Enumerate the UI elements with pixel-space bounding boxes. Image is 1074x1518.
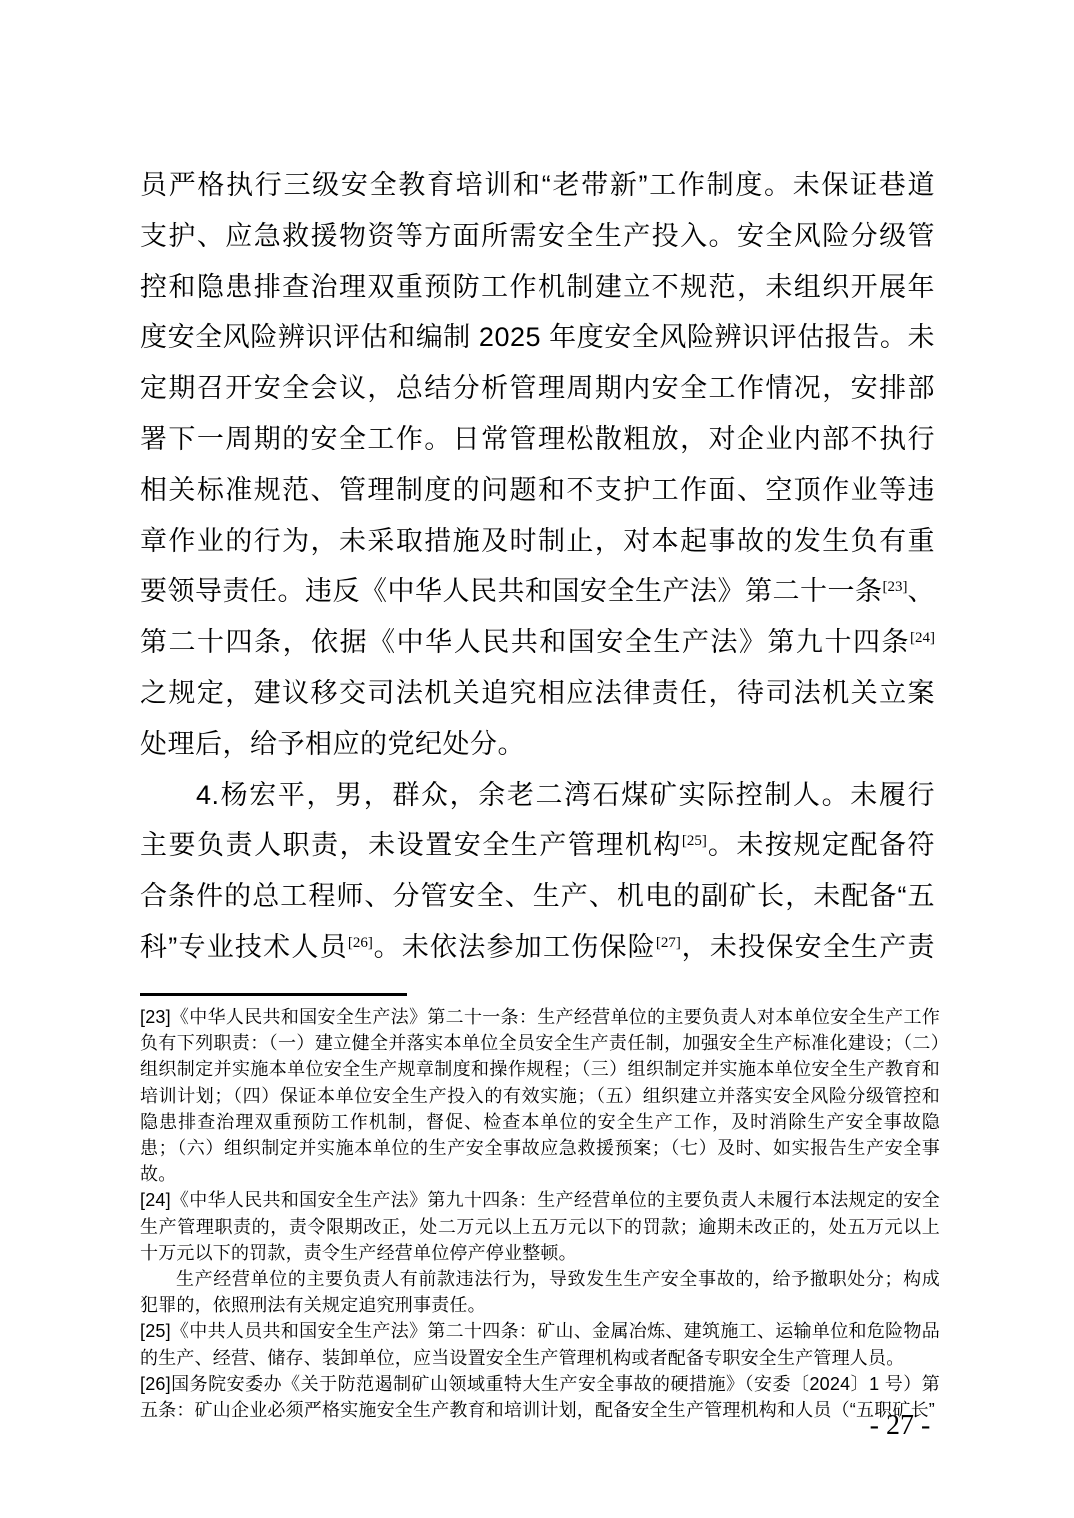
body-text-segment: 定期召开安全会议，总结分析管理周期内安全工作情况，安排部 [140,373,935,403]
body-text-segment: 处理后，给予相应的党纪处分。 [140,729,525,759]
body-line: 要领导责任。违反《中华人民共和国安全生产法》第二十一条[23]、 [140,566,935,617]
body-line: 之规定，建议移交司法机关追究相应法律责任，待司法机关立案 [140,668,935,719]
body-text-segment: 、 [908,576,936,606]
body-line: 章作业的行为，未采取措施及时制止，对本起事故的发生负有重 [140,516,935,567]
body-line: 控和隐患排查治理双重预防工作机制建立不规范，未组织开展年 [140,262,935,313]
body-line: 第二十四条，依据《中华人民共和国安全生产法》第九十四条[24] [140,617,935,668]
body-line: 度安全风险辨识评估和编制 2025 年度安全风险辨识评估报告。未 [140,312,935,363]
footnote-separator [140,993,407,996]
body-text-segment: 员严格执行三级安全教育培训和“老带新”工作制度。未保证巷道 [140,170,935,200]
body-line: 署下一周期的安全工作。日常管理松散粗放，对企业内部不执行 [140,414,935,465]
document-page: 员严格执行三级安全教育培训和“老带新”工作制度。未保证巷道支护、应急救援物资等方… [0,0,1074,1518]
footnote-ref: [24] [910,630,935,646]
footnote-ref: [23] [883,579,908,595]
footnote-ref: [26] [348,935,373,951]
body-text-segment: 科”专业技术人员 [140,932,348,962]
body-text-segment: 章作业的行为，未采取措施及时制止，对本起事故的发生负有重 [140,526,935,556]
footnote-ref: [25] [682,833,707,849]
body-line: 相关标准规范、管理制度的问题和不支护工作面、空顶作业等违 [140,465,935,516]
body-line: 主要负责人职责，未设置安全生产管理机构[25]。未按规定配备符 [140,820,935,871]
body-text-segment: 度安全风险辨识评估和编制 2025 年度安全风险辨识评估报告。未 [140,322,935,352]
body-line: 支护、应急救援物资等方面所需安全生产投入。安全风险分级管 [140,211,935,262]
footnotes: [23]《中华人民共和国安全生产法》第二十一条：生产经营单位的主要负责人对本单位… [140,1004,940,1423]
body-text-segment: 支护、应急救援物资等方面所需安全生产投入。安全风险分级管 [140,221,935,251]
body-line: 合条件的总工程师、分管安全、生产、机电的副矿长，未配备“五 [140,871,935,922]
page-number: - 27 - [828,1410,972,1442]
body-text-segment: 4.杨宏平，男，群众，余老二湾石煤矿实际控制人。未履行 [196,780,935,810]
body-text-segment: 控和隐患排查治理双重预防工作机制建立不规范，未组织开展年 [140,272,935,302]
footnote-para: [25]《中共人员共和国安全生产法》第二十四条：矿山、金属冶炼、建筑施工、运输单… [140,1318,940,1370]
footnote-para: 生产经营单位的主要负责人有前款违法行为，导致发生生产安全事故的，给予撤职处分；构… [140,1266,940,1318]
body-line: 员严格执行三级安全教育培训和“老带新”工作制度。未保证巷道 [140,160,935,211]
body-text: 员严格执行三级安全教育培训和“老带新”工作制度。未保证巷道支护、应急救援物资等方… [140,160,935,973]
body-text-segment: 相关标准规范、管理制度的问题和不支护工作面、空顶作业等违 [140,475,935,505]
body-text-segment: 第二十四条，依据《中华人民共和国安全生产法》第九十四条 [140,627,910,657]
body-line: 处理后，给予相应的党纪处分。 [140,719,935,770]
body-text-segment: 主要负责人职责，未设置安全生产管理机构 [140,830,682,860]
body-line: 科”专业技术人员[26]。未依法参加工伤保险[27]，未投保安全生产责 [140,922,935,973]
footnote-para: [24]《中华人民共和国安全生产法》第九十四条：生产经营单位的主要负责人未履行本… [140,1187,940,1266]
body-line: 4.杨宏平，男，群众，余老二湾石煤矿实际控制人。未履行 [140,770,935,821]
footnote-ref: [27] [656,935,681,951]
body-text-segment: 合条件的总工程师、分管安全、生产、机电的副矿长，未配备“五 [140,881,935,911]
body-text-segment: 要领导责任。违反《中华人民共和国安全生产法》第二十一条 [140,576,883,606]
body-text-segment: ，未投保安全生产责 [681,932,935,962]
body-text-segment: 之规定，建议移交司法机关追究相应法律责任，待司法机关立案 [140,678,935,708]
body-line: 定期召开安全会议，总结分析管理周期内安全工作情况，安排部 [140,363,935,414]
footnote-para: [26]国务院安委办《关于防范遏制矿山领域重特大生产安全事故的硬措施》（安委〔2… [140,1371,940,1423]
body-text-segment: 。未按规定配备符 [707,830,935,860]
body-text-segment: 。未依法参加工伤保险 [373,932,656,962]
body-text-segment: 署下一周期的安全工作。日常管理松散粗放，对企业内部不执行 [140,424,935,454]
footnote-para: [23]《中华人民共和国安全生产法》第二十一条：生产经营单位的主要负责人对本单位… [140,1004,940,1187]
